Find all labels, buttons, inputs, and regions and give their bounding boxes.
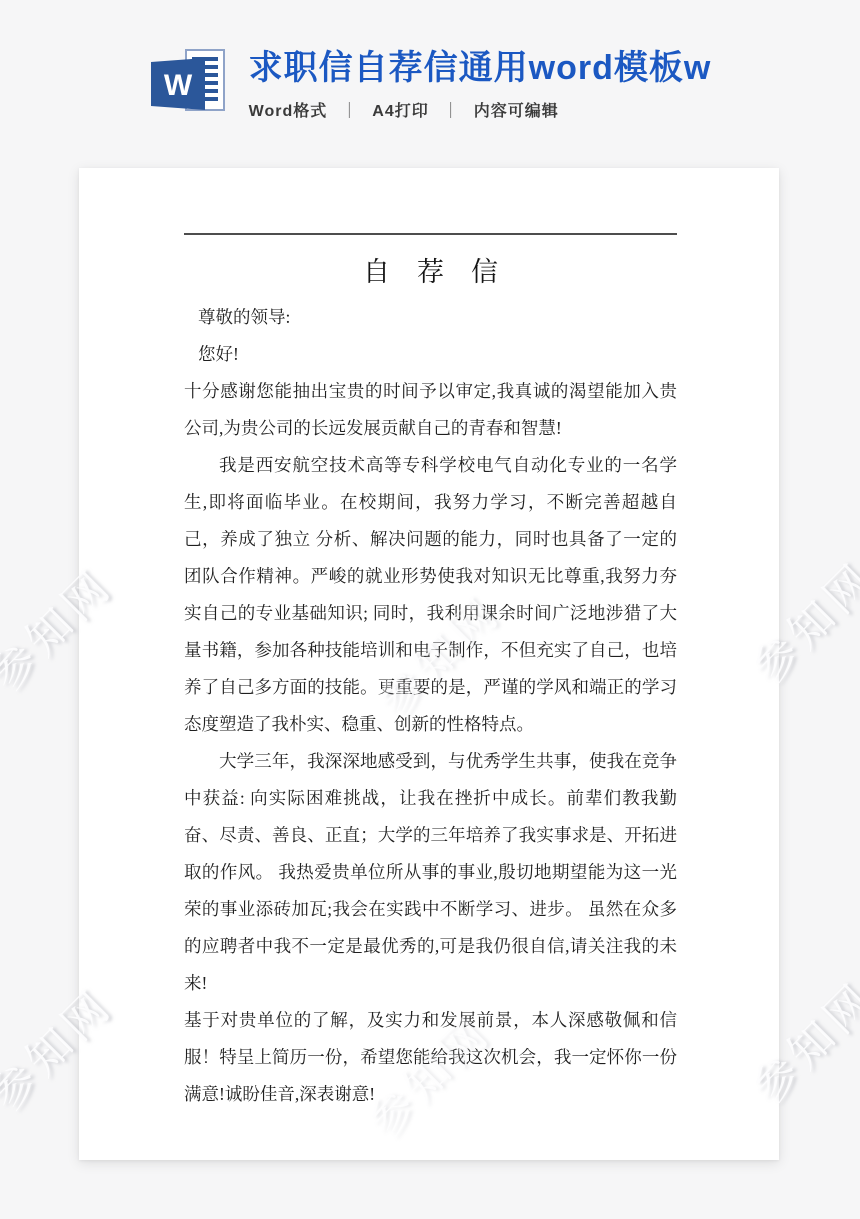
separator: ｜ [443, 98, 460, 121]
feature-word-format: Word格式 [249, 98, 328, 121]
svg-text:W: W [163, 69, 192, 102]
feature-editable: 内容可编辑 [474, 98, 559, 121]
header-text-block: 求职信自荐信通用word模板w Word格式 ｜ A4打印 ｜ 内容可编辑 [249, 46, 712, 121]
salutation: 尊敬的领导: [184, 299, 677, 336]
paragraph-background: 我是西安航空技术高等专科学校电气自动化专业的一名学生,即将面临毕业。在校期间，我… [184, 447, 677, 743]
subtitle: Word格式 ｜ A4打印 ｜ 内容可编辑 [249, 98, 712, 121]
word-logo-icon: W [149, 48, 227, 120]
paragraph-thanks: 十分感谢您能抽出宝贵的时间予以审定,我真诚的渴望能加入贵公司,为贵公司的长远发展… [184, 373, 677, 447]
header-rule [184, 233, 677, 235]
document-page: 自 荐 信 尊敬的领导: 您好! 十分感谢您能抽出宝贵的时间予以审定,我真诚的渴… [79, 168, 779, 1160]
document-title: 自 荐 信 [184, 252, 677, 292]
paragraph-closing: 基于对贵单位的了解，及实力和发展前景，本人深感敬佩和信服！特呈上简历一份，希望您… [184, 1002, 677, 1113]
page-background: W 求职信自荐信通用word模板w Word格式 ｜ A4打印 ｜ 内容可编辑 … [0, 0, 860, 1219]
separator: ｜ [341, 98, 358, 121]
greeting: 您好! [184, 336, 677, 373]
paragraph-college-years: 大学三年，我深深地感受到，与优秀学生共事，使我在竞争中获益: 向实际困难挑战，让… [184, 743, 677, 1002]
header: W 求职信自荐信通用word模板w Word格式 ｜ A4打印 ｜ 内容可编辑 [0, 0, 860, 121]
page-title: 求职信自荐信通用word模板w [249, 46, 712, 90]
feature-a4-print: A4打印 [372, 98, 428, 121]
